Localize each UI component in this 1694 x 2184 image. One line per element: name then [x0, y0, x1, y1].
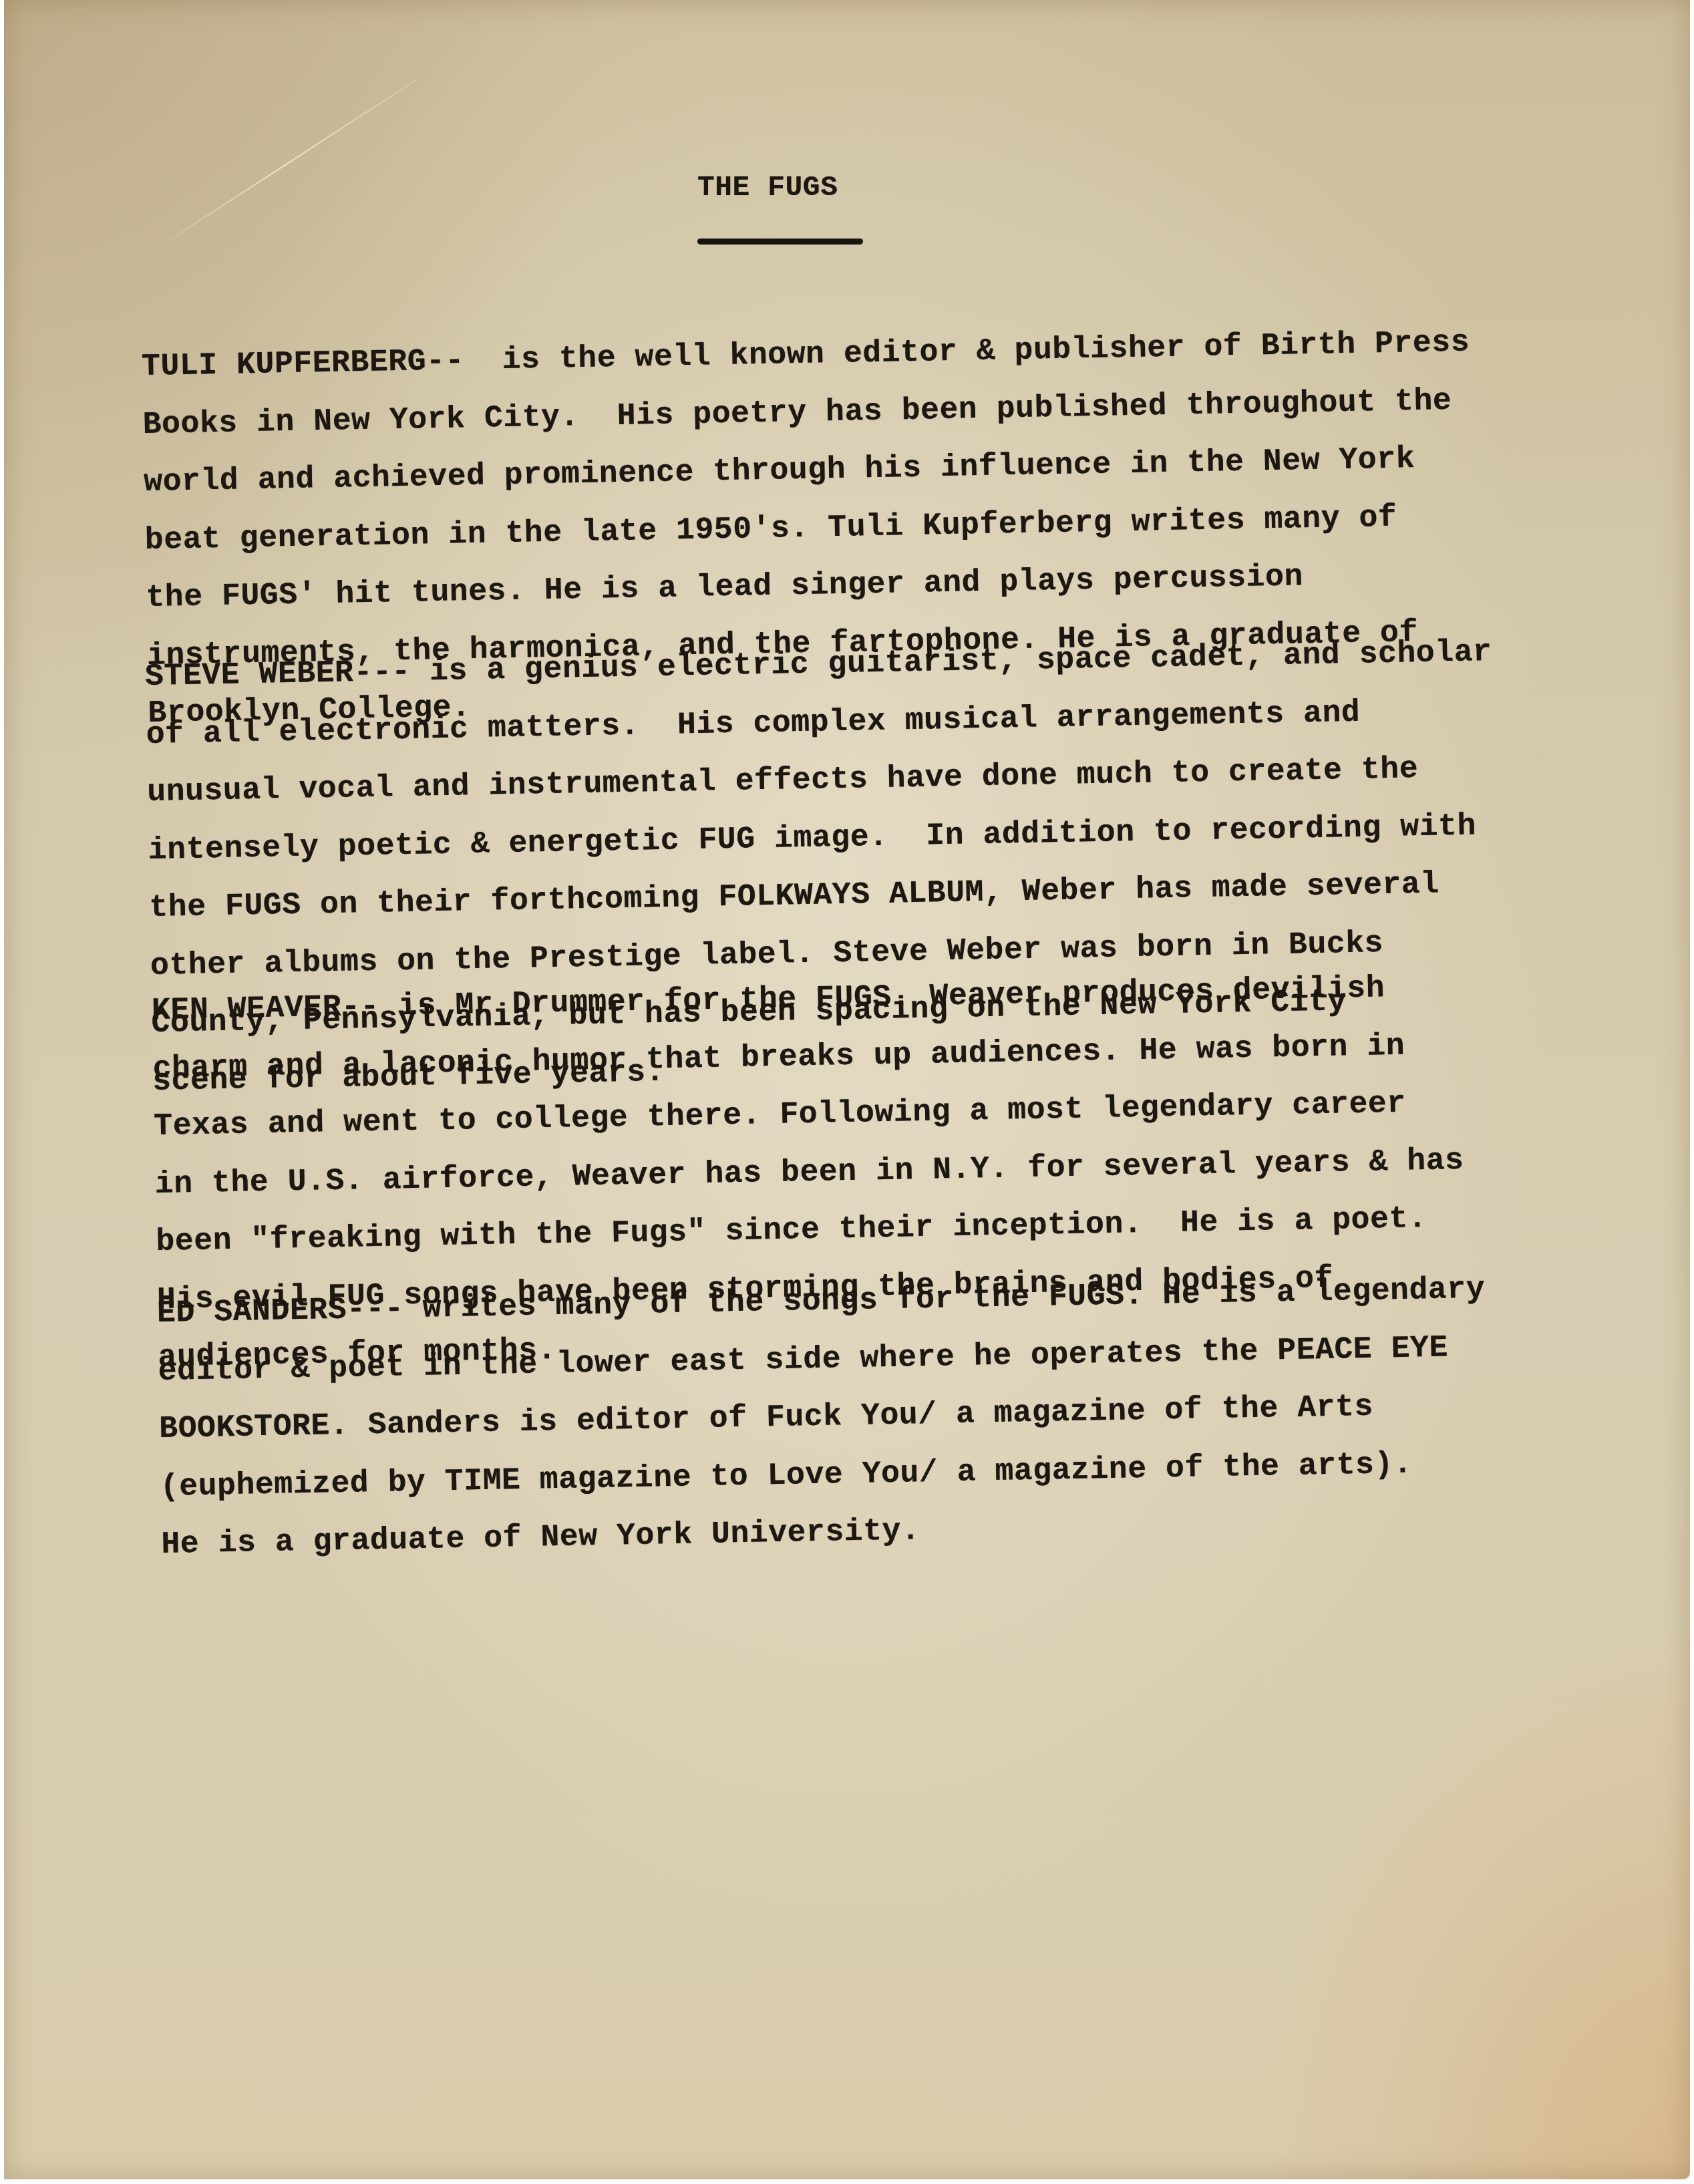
text-line: TULI KUPFERBERG-- is the well known edit… [142, 326, 1470, 384]
text-line: STEVE WEBER--- is a genius electric guit… [145, 635, 1492, 693]
page-title: THE FUGS [697, 171, 838, 204]
text-line: (euphemized by TIME magazine to Love You… [160, 1446, 1488, 1504]
text-line: intensely poetic & energetic FUG image. … [148, 808, 1495, 867]
text-line: ED SANDERS--- writes many of the songs f… [157, 1273, 1486, 1331]
typewritten-page: THE FUGS TULI KUPFERBERG-- is the well k… [4, 0, 1690, 2179]
text-line: been "freaking with the Fugs" since thei… [156, 1201, 1466, 1259]
title-underline [697, 239, 863, 245]
text-line: world and achieved prominence through hi… [144, 442, 1472, 500]
text-line: in the U.S. airforce, Weaver has been in… [154, 1144, 1464, 1201]
text-line: Books in New York City. His poetry has b… [142, 383, 1471, 442]
text-line: editor & poet in the lower east side whe… [158, 1330, 1486, 1388]
text-line: beat generation in the late 1950's. Tuli… [144, 499, 1473, 557]
text-line: He is a graduate of New York University. [161, 1504, 1490, 1562]
text-line: KEN WEAVER-- is Mr Drummer for the FUGS.… [152, 970, 1462, 1028]
text-line: charm and a laconic humor that breaks up… [152, 1028, 1462, 1086]
text-line: of all electronic matters. His complex m… [146, 693, 1493, 752]
text-line: Texas and went to college there. Followi… [154, 1086, 1464, 1143]
paper-crease [152, 80, 416, 252]
text-line: the FUGS on their forthcoming FOLKWAYS A… [149, 867, 1496, 925]
text-line: the FUGS' hit tunes. He is a lead singer… [146, 557, 1474, 615]
text-line: BOOKSTORE. Sanders is editor of Fuck You… [159, 1388, 1488, 1446]
text-line: unusual vocal and instrumental effects h… [147, 751, 1494, 809]
bio-ed-sanders: ED SANDERS--- writes many of the songs f… [156, 1249, 1490, 1586]
